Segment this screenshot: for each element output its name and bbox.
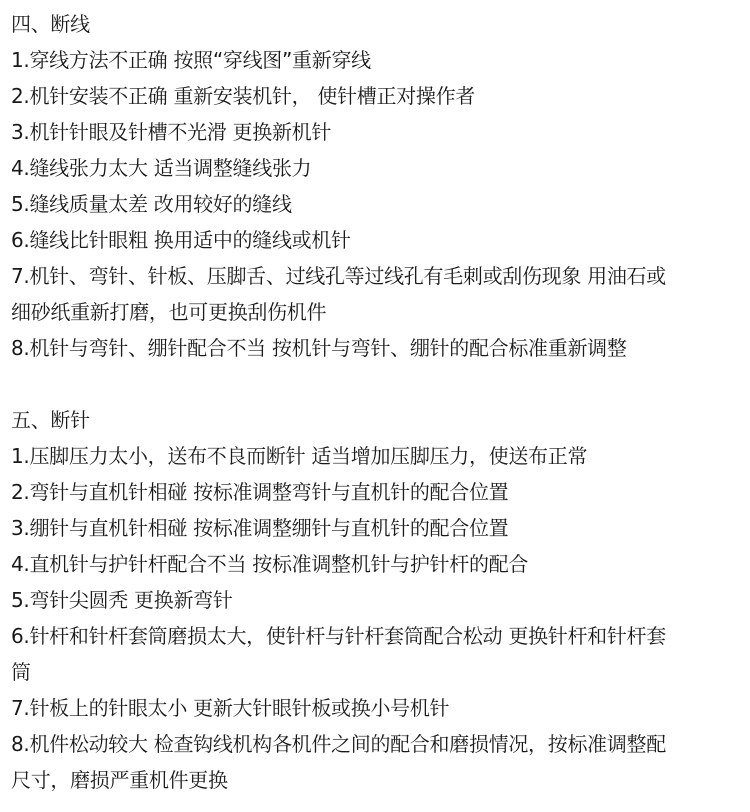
list-item: 8.机针与弯针、绷针配合不当 按机针与弯针、绷针的配合标准重新调整 (11, 330, 741, 366)
list-item: 5.弯针尖圆秃 更换新弯针 (11, 582, 741, 618)
list-item-continuation: 筒 (11, 654, 741, 690)
list-item: 1.穿线方法不正确 按照“穿线图”重新穿线 (11, 42, 741, 78)
list-item: 8.机件松动较大 检查钩线机构各机件之间的配合和磨损情况，按标准调整配 (11, 726, 741, 762)
list-item: 3.机针针眼及针槽不光滑 更换新机针 (11, 114, 741, 150)
list-item: 6.缝线比针眼粗 换用适中的缝线或机针 (11, 222, 741, 258)
list-item: 7.机针、弯针、针板、压脚舌、过线孔等过线孔有毛刺或刮伤现象 用油石或 (11, 258, 741, 294)
list-item: 3.绷针与直机针相碰 按标准调整绷针与直机针的配合位置 (11, 510, 741, 546)
list-item: 4.缝线张力太大 适当调整缝线张力 (11, 150, 741, 186)
section-broken-thread: 四、断线 1.穿线方法不正确 按照“穿线图”重新穿线 2.机针安装不正确 重新安… (11, 6, 741, 366)
section-heading: 五、断针 (11, 402, 741, 438)
list-item-continuation: 尺寸，磨损严重机件更换 (11, 762, 741, 798)
section-spacer (11, 366, 741, 402)
list-item-continuation: 细砂纸重新打磨，也可更换刮伤机件 (11, 294, 741, 330)
list-item: 7.针板上的针眼太小 更新大针眼针板或换小号机针 (11, 690, 741, 726)
list-item: 4.直机针与护针杆配合不当 按标准调整机针与护针杆的配合 (11, 546, 741, 582)
document-body: 四、断线 1.穿线方法不正确 按照“穿线图”重新穿线 2.机针安装不正确 重新安… (0, 0, 741, 798)
section-heading: 四、断线 (11, 6, 741, 42)
list-item: 1.压脚压力太小，送布不良而断针 适当增加压脚压力，使送布正常 (11, 438, 741, 474)
list-item: 2.机针安装不正确 重新安装机针， 使针槽正对操作者 (11, 78, 741, 114)
list-item: 2.弯针与直机针相碰 按标准调整弯针与直机针的配合位置 (11, 474, 741, 510)
list-item: 5.缝线质量太差 改用较好的缝线 (11, 186, 741, 222)
section-broken-needle: 五、断针 1.压脚压力太小，送布不良而断针 适当增加压脚压力，使送布正常 2.弯… (11, 402, 741, 798)
list-item: 6.针杆和针杆套筒磨损太大，使针杆与针杆套筒配合松动 更换针杆和针杆套 (11, 618, 741, 654)
